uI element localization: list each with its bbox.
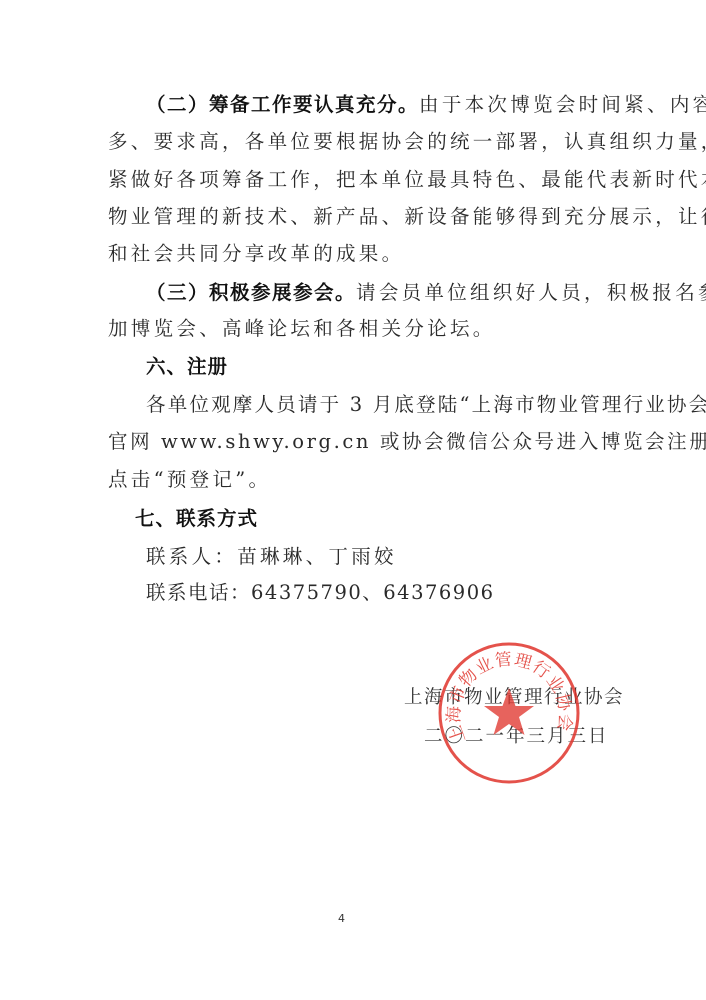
section-3-line-1: （三）积极参展参会。请会员单位组织好人员，积极报名参 (146, 281, 646, 305)
official-seal-icon: 上海市物业管理行业协会 (436, 640, 582, 786)
section-2-line-4: 物业管理的新技术、新产品、新设备能够得到充分展示，让行业 (108, 205, 608, 229)
signature-date: 二〇二一年三月三日 (424, 725, 609, 749)
contact-people: 联系人：苗琳琳、丁雨姣 (146, 545, 646, 569)
registration-heading: 六、注册 (146, 355, 646, 379)
signature-organization: 上海市物业管理行业协会 (404, 686, 624, 710)
section-2-line-1: （二）筹备工作要认真充分。由于本次博览会时间紧、内容 (146, 93, 646, 117)
section-2-line-3: 紧做好各项筹备工作，把本单位最具特色、最能代表新时代本市 (108, 168, 608, 192)
registration-line-1: 各单位观摩人员请于 3 月底登陆“上海市物业管理行业协会” (146, 393, 646, 417)
document-page: （二）筹备工作要认真充分。由于本次博览会时间紧、内容 多、要求高，各单位要根据协… (0, 0, 706, 1000)
section-2-line-5: 和社会共同分享改革的成果。 (108, 242, 608, 266)
contact-heading: 七、联系方式 (135, 507, 635, 531)
registration-line-2: 官网 www.shwy.org.cn 或协会微信公众号进入博览会注册环节， (108, 430, 608, 454)
registration-line-3: 点击“预登记”。 (108, 468, 608, 492)
contact-phone: 联系电话：64375790、64376906 (146, 581, 646, 605)
page-number: 4 (338, 912, 345, 925)
section-3-line-2: 加博览会、高峰论坛和各相关分论坛。 (108, 317, 608, 341)
section-2-line-2: 多、要求高，各单位要根据协会的统一部署，认真组织力量，抓 (108, 130, 608, 154)
section-2-title: （二）筹备工作要认真充分。 (146, 93, 419, 116)
section-3-title: （三）积极参展参会。 (146, 281, 356, 304)
